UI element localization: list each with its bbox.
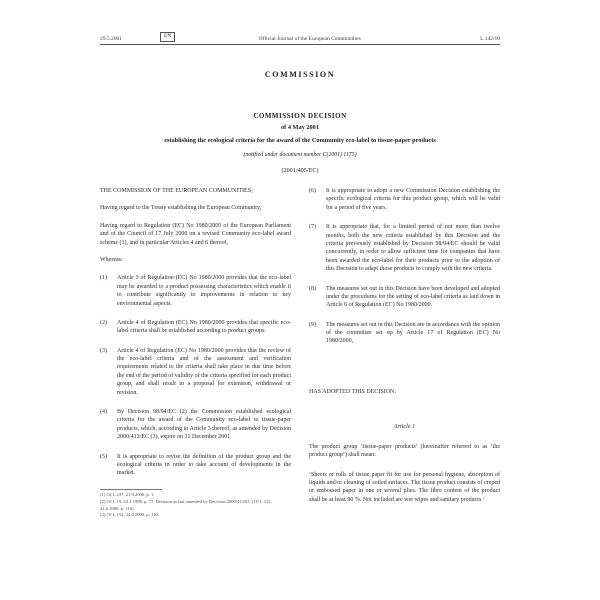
decision-number: (2001/405/EC) xyxy=(100,167,500,174)
article-1-paragraph: ‘Sheets or rolls of tissue paper fit for… xyxy=(309,471,500,505)
recital-item: (7) It is appropriate that, for a limite… xyxy=(309,223,500,273)
two-column-body: THE COMMISSION OF THE EUROPEAN COMMUNITI… xyxy=(100,187,500,519)
citation: Having regard to Regulation (EC) No 1980… xyxy=(100,222,291,247)
recital-number: (3) xyxy=(100,347,117,397)
recital-text: It is appropriate to revise the definiti… xyxy=(117,453,291,478)
recital-text: It is appropriate that, for a limited pe… xyxy=(326,223,500,273)
footnote: (2) OJ L 19, 24.1.1998, p. 77. Decision … xyxy=(100,499,291,513)
recital-number: (5) xyxy=(100,453,117,478)
decision-date: of 4 May 2001 xyxy=(100,124,500,131)
preamble-opening: THE COMMISSION OF THE EUROPEAN COMMUNITI… xyxy=(100,187,291,195)
recital-item: (9) The measures set out in this Decisio… xyxy=(309,321,500,346)
decision-kind: COMMISSION DECISION xyxy=(100,112,500,120)
official-journal-page: 29.5.2001 EN Official Journal of the Eur… xyxy=(0,0,600,600)
recital-item: (8) The measures set out in this Decisio… xyxy=(309,285,500,310)
language-code-box: EN xyxy=(160,32,175,42)
notification-line: (notified under document number C(2001) … xyxy=(100,152,500,158)
section-heading: COMMISSION xyxy=(100,70,500,79)
recital-text: Article 3 of Regulation (EC) No 1980/200… xyxy=(117,274,291,308)
enacting-formula: HAS ADOPTED THIS DECISION: xyxy=(309,388,500,396)
article-1-heading: Article 1 xyxy=(309,423,500,432)
journal-title: Official Journal of the European Communi… xyxy=(179,36,440,42)
left-column: THE COMMISSION OF THE EUROPEAN COMMUNITI… xyxy=(100,187,291,519)
footnote: (1) OJ L 237, 21.9.2000, p. 1. xyxy=(100,492,291,499)
recital-number: (1) xyxy=(100,274,117,308)
recital-text: Article 4 of Regulation (EC) No 1980/200… xyxy=(117,347,291,397)
recital-text: By Decision 98/94/EC (2) the Commission … xyxy=(117,408,291,442)
recital-item: (4) By Decision 98/94/EC (2) the Commiss… xyxy=(100,408,291,442)
footnote-rule xyxy=(100,489,162,490)
recital-item: (2) Article 4 of Regulation (EC) No 1980… xyxy=(100,319,291,336)
recital-number: (7) xyxy=(309,223,326,273)
whereas-label: Whereas: xyxy=(100,256,291,264)
footnote: (3) OJ L 152, 24.6.2000, p. 110. xyxy=(100,512,291,519)
recital-text: The measures set out in this Decision ar… xyxy=(326,321,500,346)
recital-number: (9) xyxy=(309,321,326,346)
header-page-reference: L 142/10 xyxy=(440,36,500,42)
recital-text: Article 4 of Regulation (EC) No 1980/200… xyxy=(117,319,291,336)
recital-text: The measures set out in this Decision ha… xyxy=(326,285,500,310)
recital-item: (1) Article 3 of Regulation (EC) No 1980… xyxy=(100,274,291,308)
recital-number: (2) xyxy=(100,319,117,336)
recital-item: (5) It is appropriate to revise the defi… xyxy=(100,453,291,478)
recital-item: (3) Article 4 of Regulation (EC) No 1980… xyxy=(100,347,291,397)
article-1-paragraph: The product group ‘tissue-paper products… xyxy=(309,443,500,460)
decision-subject: establishing the ecological criteria for… xyxy=(109,137,491,146)
recital-text: It is appropriate to adopt a new Commiss… xyxy=(326,187,500,212)
citation: Having regard to the Treaty establishing… xyxy=(100,204,291,212)
decision-title-block: COMMISSION DECISION of 4 May 2001 establ… xyxy=(100,112,500,175)
right-column: (6) It is appropriate to adopt a new Com… xyxy=(309,187,500,519)
recital-number: (8) xyxy=(309,285,326,310)
footnotes-block: (1) OJ L 237, 21.9.2000, p. 1. (2) OJ L … xyxy=(100,489,291,520)
recital-number: (4) xyxy=(100,408,117,442)
recital-item: (6) It is appropriate to adopt a new Com… xyxy=(309,187,500,212)
running-header: 29.5.2001 EN Official Journal of the Eur… xyxy=(100,32,500,45)
page-content: 29.5.2001 EN Official Journal of the Eur… xyxy=(100,32,500,519)
header-date: 29.5.2001 xyxy=(100,36,160,42)
recital-number: (6) xyxy=(309,187,326,212)
